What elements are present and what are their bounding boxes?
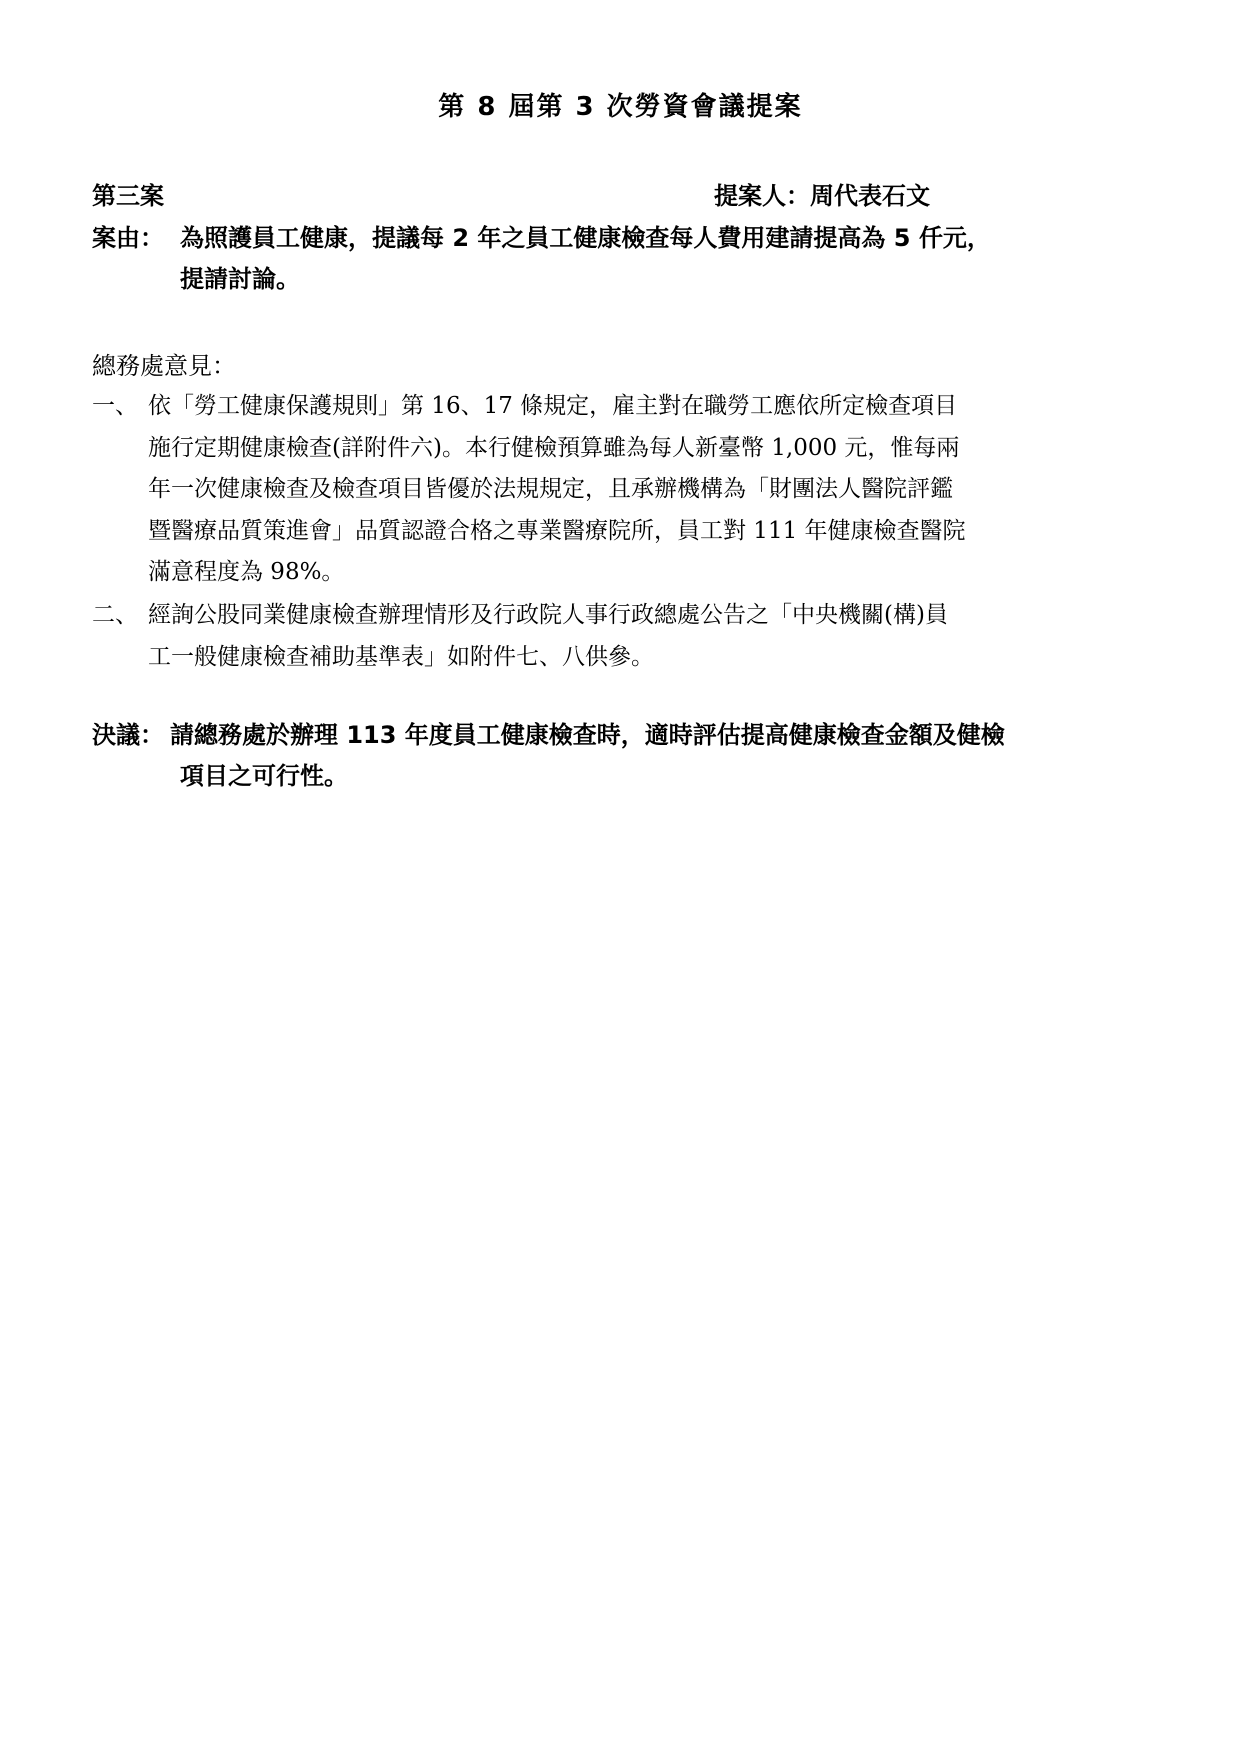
resolution-label: 決議： xyxy=(92,715,164,756)
opinion-item-line: 依「勞工健康保護規則」第 16、17 條規定，雇主對在職勞工應依所定檢查項目 xyxy=(148,386,1156,428)
opinion-item-body: 依「勞工健康保護規則」第 16、17 條規定，雇主對在職勞工應依所定檢查項目 施… xyxy=(148,386,1156,594)
resolution-line: 項目之可行性。 xyxy=(180,756,1156,797)
case-number: 第三案 xyxy=(92,176,1152,216)
opinion-item: 一、 依「勞工健康保護規則」第 16、17 條規定，雇主對在職勞工應依所定檢查項… xyxy=(92,386,1156,594)
opinion-item-body: 經詢公股同業健康檢查辦理情形及行政院人事行政總處公告之「中央機關(構)員 工一般… xyxy=(148,595,1156,678)
resolution: 決議： 請總務處於辦理 113 年度員工健康檢查時，適時評估提高健康檢查金額及健… xyxy=(92,715,1156,797)
case-reason-line: 提請討論。 xyxy=(180,259,1156,300)
case-reason-line: 為照護員工健康，提議每 2 年之員工健康檢查每人費用建請提高為 5 仟元， xyxy=(180,218,1156,259)
proposer: 提案人：周代表石文 xyxy=(714,176,930,216)
document-title: 第 8 屆第 3 次勞資會議提案 xyxy=(0,86,1241,123)
opinion-item-line: 滿意程度為 98%。 xyxy=(148,552,1156,594)
case-reason-body: 為照護員工健康，提議每 2 年之員工健康檢查每人費用建請提高為 5 仟元， 提請… xyxy=(180,218,1156,300)
opinion-heading: 總務處意見： xyxy=(92,346,236,386)
case-reason: 案由： 為照護員工健康，提議每 2 年之員工健康檢查每人費用建請提高為 5 仟元… xyxy=(92,218,1156,300)
case-reason-label: 案由： xyxy=(92,218,164,259)
opinion-item-line: 經詢公股同業健康檢查辦理情形及行政院人事行政總處公告之「中央機關(構)員 xyxy=(148,595,1156,637)
opinion-item-marker: 一、 xyxy=(92,386,138,428)
opinion-item-marker: 二、 xyxy=(92,595,138,637)
resolution-line: 請總務處於辦理 113 年度員工健康檢查時，適時評估提高健康檢查金額及健檢 xyxy=(170,715,1156,756)
document-page: 第 8 屆第 3 次勞資會議提案 第三案 提案人：周代表石文 案由： 為照護員工… xyxy=(0,0,1241,1755)
opinion-item-line: 工一般健康檢查補助基準表」如附件七、八供參。 xyxy=(148,637,1156,679)
resolution-body: 請總務處於辦理 113 年度員工健康檢查時，適時評估提高健康檢查金額及健檢 項目… xyxy=(170,715,1156,797)
opinion-item-line: 年一次健康檢查及檢查項目皆優於法規規定，且承辦機構為「財團法人醫院評鑑 xyxy=(148,469,1156,511)
opinion-item-line: 暨醫療品質策進會」品質認證合格之專業醫療院所，員工對 111 年健康檢查醫院 xyxy=(148,511,1156,553)
opinion-item: 二、 經詢公股同業健康檢查辦理情形及行政院人事行政總處公告之「中央機關(構)員 … xyxy=(92,595,1156,678)
opinion-item-line: 施行定期健康檢查(詳附件六)。本行健檢預算雖為每人新臺幣 1,000 元，惟每兩 xyxy=(148,428,1156,470)
